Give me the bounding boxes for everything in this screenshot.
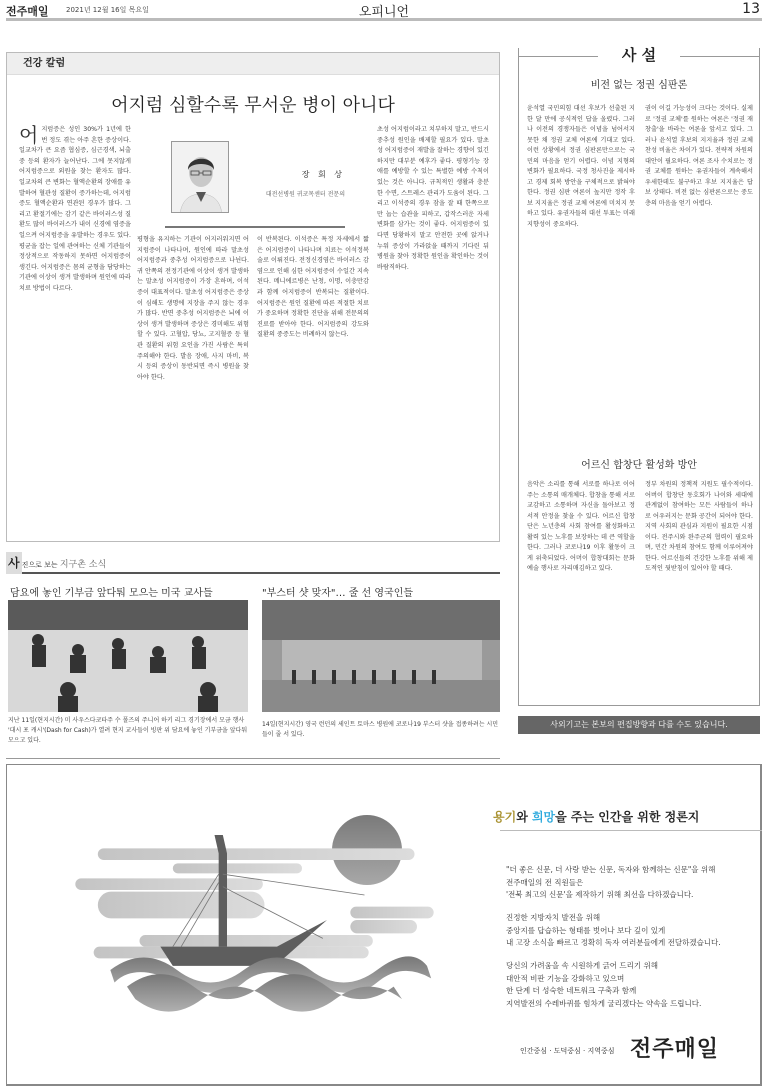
column-text-4: 초성 어지럼이라고 치부하지 말고, 반드시 중추성 원인을 배제할 필요가 있…	[377, 125, 489, 535]
ad-brand-logo: 전주매일	[630, 1032, 719, 1063]
photo-news-header: 사진으로 보는 지구촌 소식	[6, 552, 500, 574]
photo-caption-1: 지난 11일(현지시간) 미 사우스다코타주 수 폴즈의 주니어 하키 리그 경…	[8, 716, 248, 746]
column-text-2: 평형을 유지하는 기관이 어지러워지면 어지럼증이 나타나며, 원인에 따라 말…	[137, 235, 249, 535]
photo-teachers	[8, 600, 248, 712]
editorial-2-col-2: 정부 차원의 정책적 지원도 필수적이다. 어버이 합창단 동호회가 나이와 세…	[645, 480, 753, 700]
column-tag: 건강 칼럼	[7, 53, 499, 75]
photo-news-title-1: 담요에 놓인 기부금 앞다퉈 모으는 미국 교사들	[10, 584, 213, 599]
dropcap: 어	[19, 125, 38, 145]
health-column: 건강 칼럼 어지럼 심할수록 무서운 병이 아니다 장 회 상 대전선병원 귀코…	[6, 52, 500, 542]
ad-paragraph-3: 당신의 가려움을 속 시원하게 긁어 드리기 위해 대안적 비판 기능을 강화하…	[506, 960, 701, 1010]
column-text-3: 이 반복된다. 이석증은 특정 자세에서 짧은 어지럼증이 나타나며 치료는 이…	[257, 235, 369, 535]
editorial-1-col-2: 권이 이길 가능성이 크다는 것이다. 실제로 '정권 교체'를 원하는 여론은…	[645, 104, 753, 484]
ad-paragraph-1: "더 좋은 신문, 더 사랑 받는 신문, 독자와 함께하는 신문"을 위해 전…	[506, 864, 715, 902]
author-affiliation: 대전선병원 귀코목센터 전문의	[266, 189, 345, 198]
editorial-2-col-1: 음악은 소리를 통해 서로를 하나로 이어주는 소통의 매개체다. 합창을 통해…	[527, 480, 635, 700]
ad-paragraph-2: 진정한 지방자치 발전을 위해 중앙지를 답습하는 형태를 벗어나 보다 깊이 …	[506, 912, 721, 950]
editorial-box: 비전 없는 정권 심판론 윤석열 국민의힘 대선 후보가 선출된 지 한 달 만…	[518, 48, 760, 706]
ad-divider	[500, 830, 762, 831]
editorial-headline-1: 비전 없는 정권 심판론	[519, 76, 759, 91]
photo-queue	[262, 600, 500, 712]
author-photo	[171, 141, 229, 213]
author-name: 장 회 상	[302, 169, 345, 180]
column-text-1: 어 지럼증은 성인 30%가 1년에 한 번 정도 겪는 아주 흔한 증상이다.…	[19, 125, 131, 535]
author-block: 장 회 상 대전선병원 귀코목센터 전문의	[165, 133, 345, 228]
editorial-headline-2: 어르신 합창단 활성화 방안	[519, 456, 759, 471]
photo-news-section: 사진으로 보는 지구촌 소식	[6, 552, 500, 574]
disclaimer-banner: 사외기고는 본보의 편집방향과 다를 수도 있습니다.	[518, 716, 760, 734]
photo-news-divider	[6, 758, 500, 759]
column-title: 어지럼 심할수록 무서운 병이 아니다	[7, 91, 499, 117]
ship-illustration	[27, 795, 477, 1045]
photo-caption-2: 14일(현지시간) 영국 런던의 세인트 토마스 병원에 코로나19 부스터 샷…	[262, 720, 500, 740]
ad-tagline: 인간중심 · 도덕중심 · 지역중심	[520, 1046, 615, 1056]
ad-slogan: 용기와 희망을 주는 인간을 위한 정론지	[493, 808, 699, 825]
masthead-divider	[6, 18, 762, 21]
photo-news-title-2: "부스터 샷 맞자"… 줄 선 영국인들	[262, 584, 413, 599]
page-number: 13	[742, 1, 760, 17]
editorial-1-col-1: 윤석열 국민의힘 대선 후보가 선출된 지 한 달 만에 공식적인 답을 올렸다…	[527, 104, 635, 484]
